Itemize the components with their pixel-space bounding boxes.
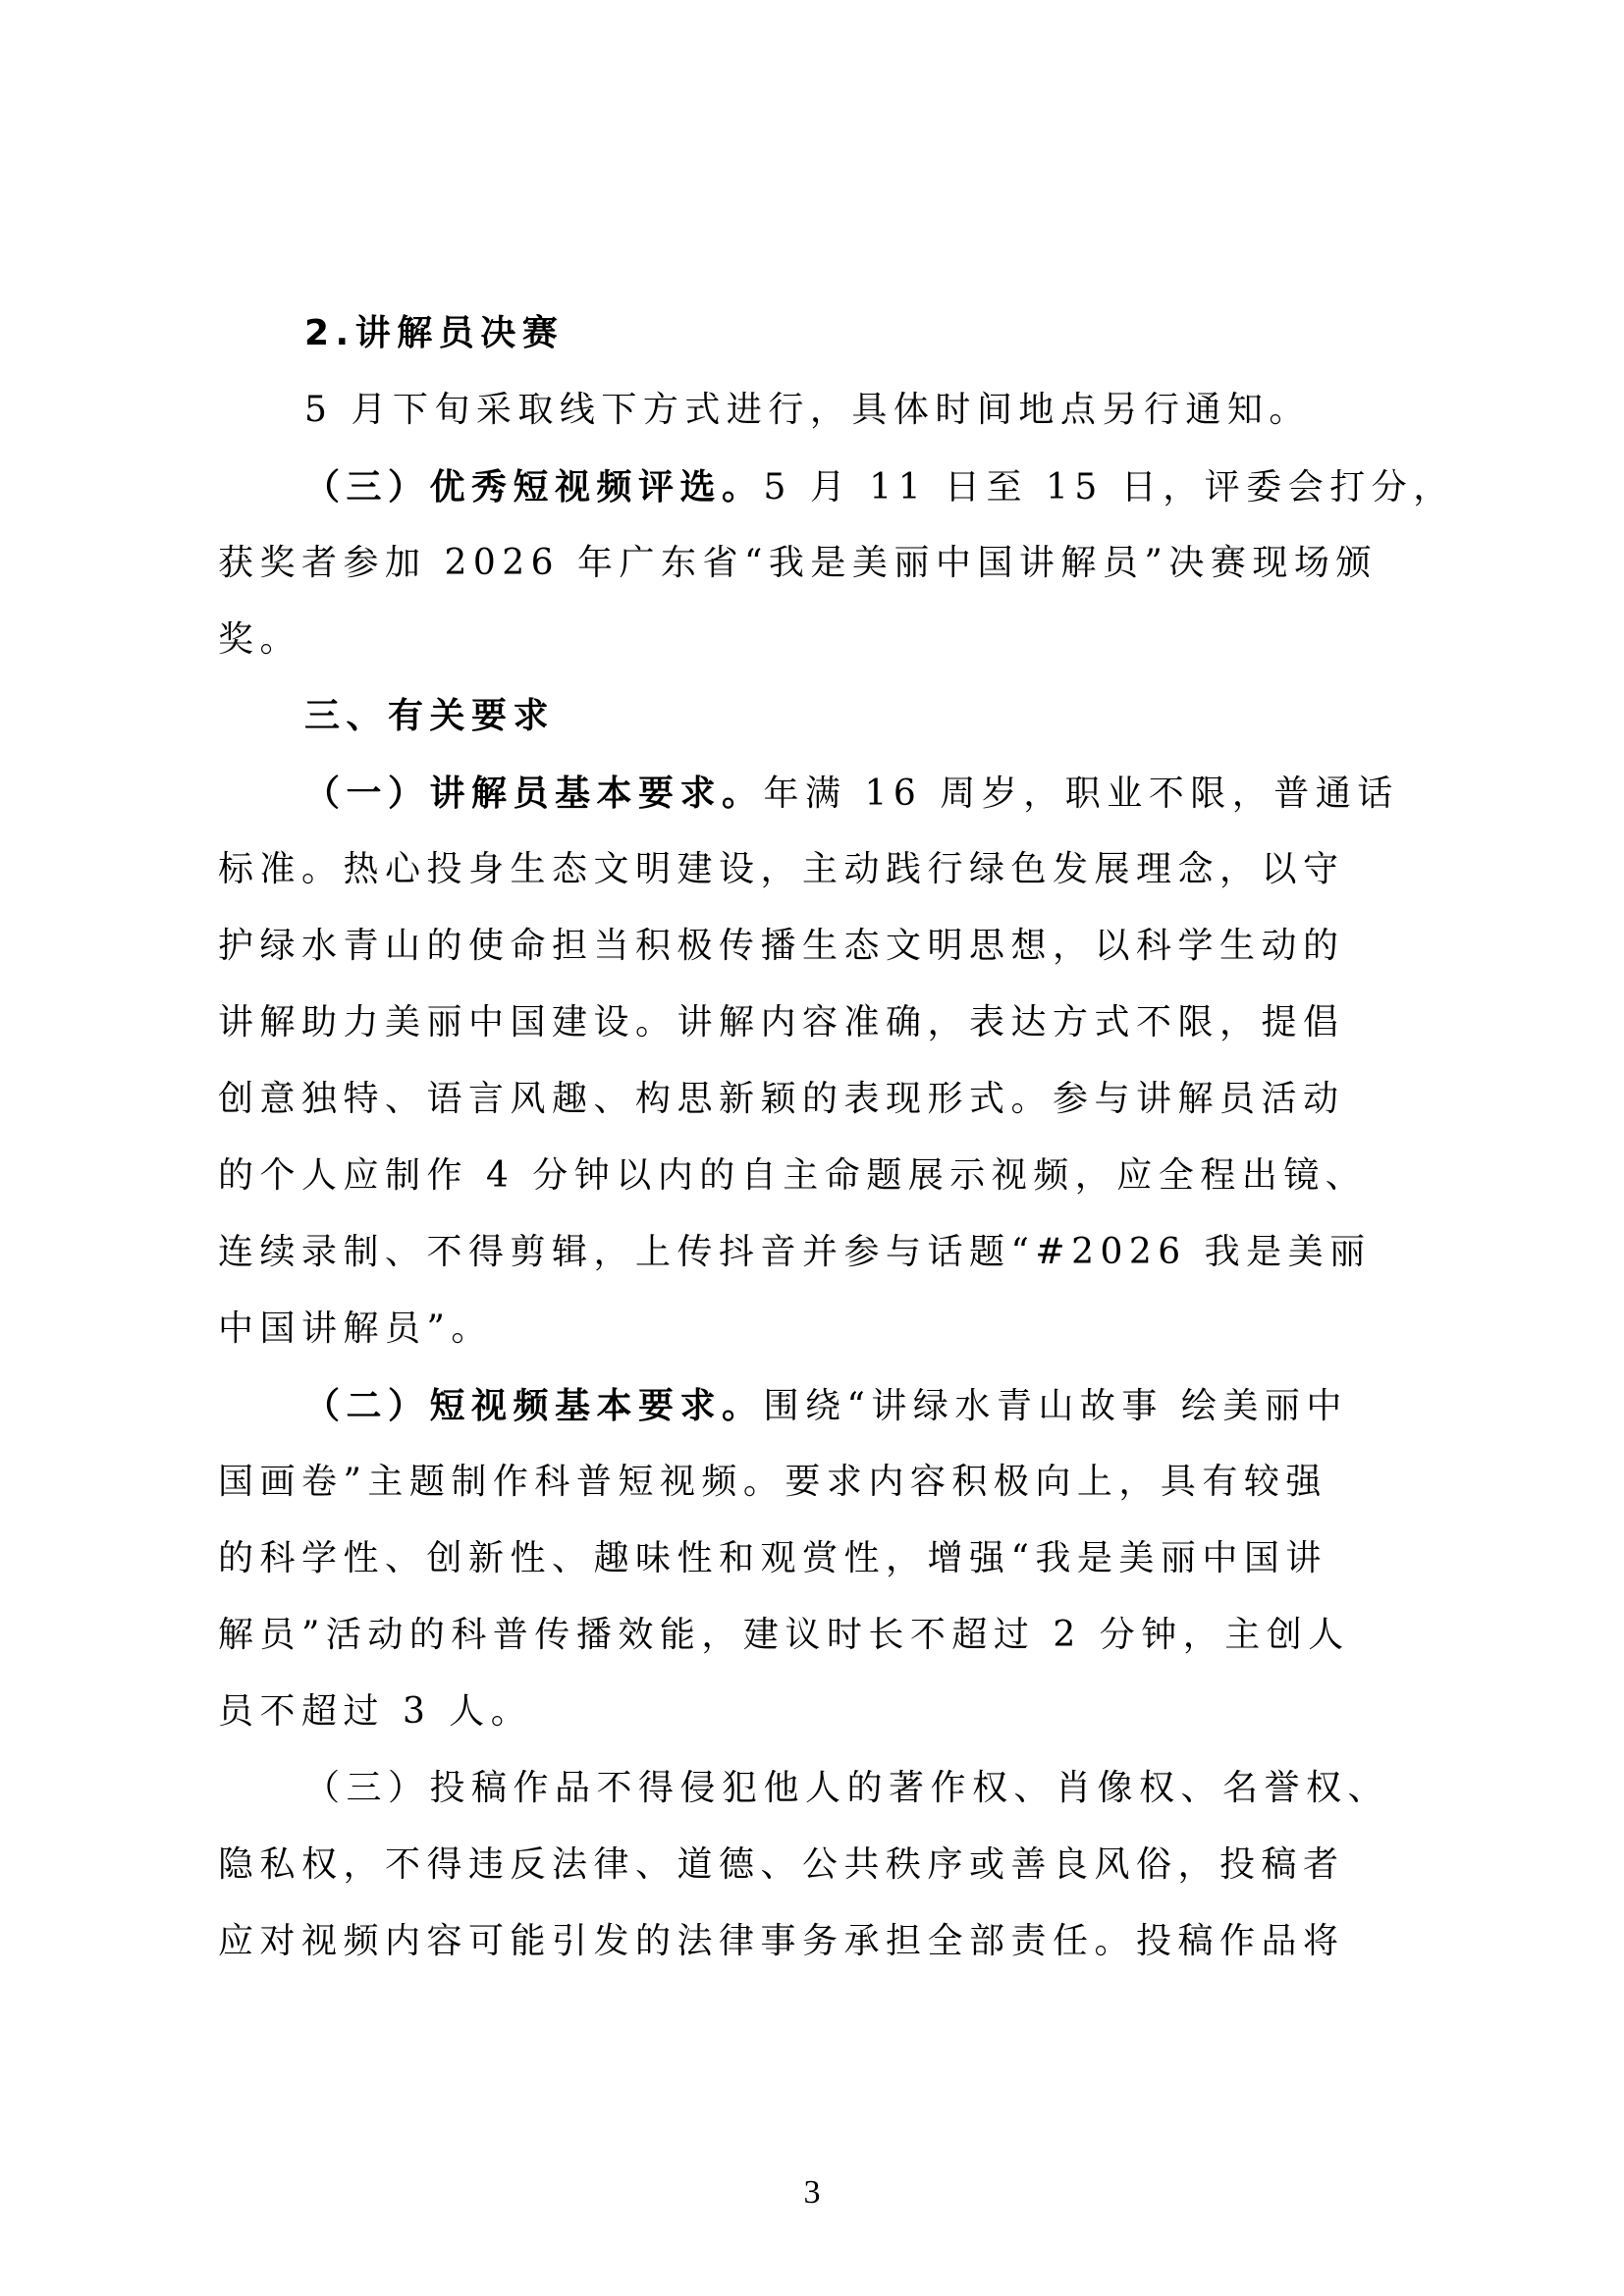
section-heading-requirements: 三、有关要求 [304,695,1386,738]
paragraph-line: 应对视频内容可能引发的法律事务承担全部责任。投稿作品将 [218,1920,1386,1963]
paragraph-line: 护绿水青山的使命担当积极传播生态文明思想，以科学生动的 [218,925,1386,968]
paragraph-lead: （一）讲解员基本要求。 [304,773,764,814]
paragraph-line: 员不超过 3 人。 [218,1690,1386,1734]
paragraph-line: 创意独特、语言风趣、构思新颖的表现形式。参与讲解员活动 [218,1078,1386,1121]
paragraph-line: 连续录制、不得剪辑，上传抖音并参与话题“#2026 我是美丽 [218,1231,1386,1274]
paragraph-line: 国画卷”主题制作科普短视频。要求内容积极向上，具有较强 [218,1461,1386,1504]
paragraph-line: （一）讲解员基本要求。年满 16 周岁，职业不限，普通话 [304,772,1386,816]
paragraph-line: 获奖者参加 2026 年广东省“我是美丽中国讲解员”决赛现场颁 [218,542,1386,585]
paragraph-line: 奖。 [218,618,1386,662]
paragraph-line: （二）短视频基本要求。围绕“讲绿水青山故事 绘美丽中 [304,1384,1386,1428]
section-heading-finals: 2.讲解员决赛 [304,312,1386,355]
document-page: 2.讲解员决赛 5 月下旬采取线下方式进行，具体时间地点另行通知。 （三）优秀短… [0,0,1624,2296]
paragraph-lead: （二）短视频基本要求。 [304,1385,764,1426]
paragraph-line: 的个人应制作 4 分钟以内的自主命题展示视频，应全程出镜、 [218,1154,1386,1198]
paragraph-line: （三）优秀短视频评选。5 月 11 日至 15 日，评委会打分， [304,465,1386,509]
paragraph-line: （三）投稿作品不得侵犯他人的著作权、肖像权、名誉权、 [304,1767,1386,1810]
paragraph-line: 标准。热心投身生态文明建设，主动践行绿色发展理念，以守 [218,848,1386,891]
paragraph-line: 的科学性、创新性、趣味性和观赏性，增强“我是美丽中国讲 [218,1537,1386,1580]
paragraph-line: 讲解助力美丽中国建设。讲解内容准确，表达方式不限，提倡 [218,1001,1386,1044]
paragraph-line: 中国讲解员”。 [218,1308,1386,1351]
paragraph-line: 隐私权，不得违反法律、道德、公共秩序或善良风俗，投稿者 [218,1843,1386,1887]
page-number: 3 [0,2174,1624,2212]
paragraph-line: 5 月下旬采取线下方式进行，具体时间地点另行通知。 [304,389,1386,432]
paragraph-line: 解员”活动的科普传播效能，建议时长不超过 2 分钟，主创人 [218,1614,1386,1657]
paragraph-lead: （三）优秀短视频评选。 [304,466,764,507]
